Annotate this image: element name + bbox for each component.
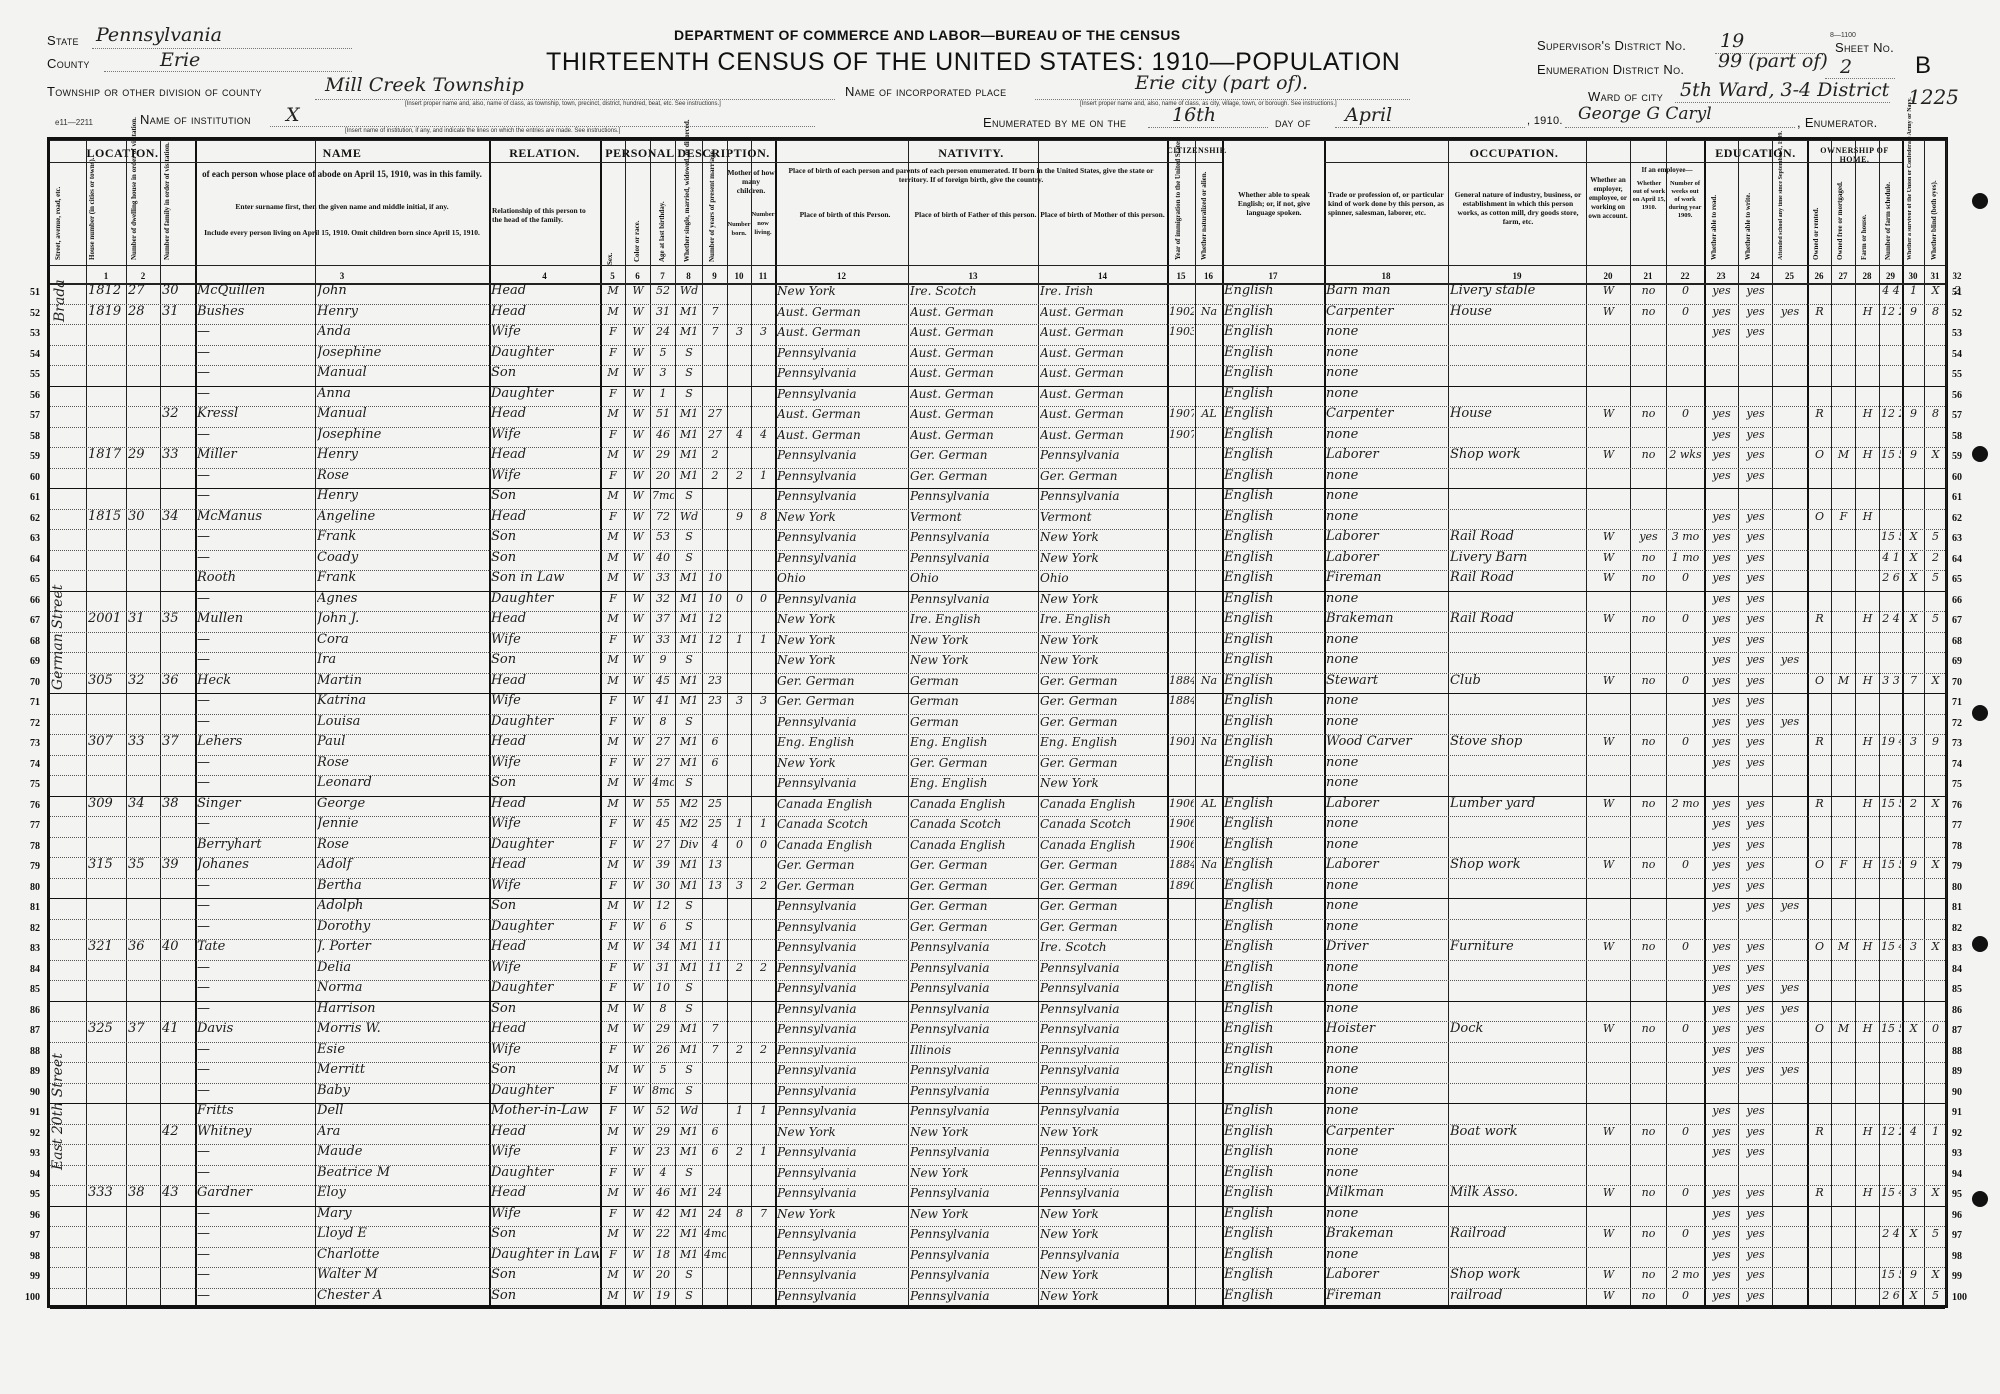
cell-relation: Wife	[491, 752, 599, 774]
cell-race: W	[627, 752, 649, 774]
cell-house: 305	[88, 670, 125, 692]
cell-years: 13	[704, 854, 726, 876]
cell-mother: Pennsylvania	[1040, 977, 1166, 999]
cell-read: yes	[1706, 1018, 1737, 1040]
cell-given: Coady	[317, 547, 488, 569]
cell-sex: F	[602, 588, 624, 610]
cell-mort: M	[1833, 1018, 1854, 1040]
cell-trade: Stewart	[1326, 670, 1447, 692]
cell-blind: X	[1926, 1264, 1945, 1286]
cell-father: Pennsylvania	[910, 1018, 1037, 1040]
cell-trade: none	[1326, 342, 1447, 364]
cell-trade: none	[1326, 998, 1447, 1020]
group-nativity: NATIVITY.	[775, 146, 1167, 161]
cell-read: yes	[1706, 1244, 1737, 1266]
cell-age: 20	[652, 465, 674, 487]
cell-birth: Aust. German	[777, 321, 907, 343]
cell-surname: Tate	[197, 936, 314, 958]
cell-write: yes	[1740, 1223, 1771, 1245]
group-occupation: OCCUPATION.	[1324, 146, 1704, 161]
cell-fh: H	[1857, 1121, 1878, 1143]
cell-father: New York	[910, 649, 1037, 671]
cell-weeks: 2 mo	[1668, 793, 1703, 815]
cell-read: yes	[1706, 854, 1737, 876]
cell-surname: Rooth	[197, 567, 314, 589]
cell-blind: 5	[1926, 1285, 1945, 1307]
cell-weeks: 0	[1668, 670, 1703, 692]
cell-age: 72	[652, 506, 674, 528]
cell-blind: X	[1926, 793, 1945, 815]
cell-read: yes	[1706, 424, 1737, 446]
cell-industry: Furniture	[1450, 936, 1585, 958]
cell-nat: AL	[1197, 403, 1221, 425]
cell-born: 2	[729, 957, 750, 979]
cell-sex: M	[602, 280, 624, 302]
cell-birth: Eng. English	[777, 731, 907, 753]
cell-relation: Mother-in-Law	[491, 1100, 599, 1122]
cell-age: 12	[652, 895, 674, 917]
cell-english: English	[1224, 813, 1323, 835]
cell-sex: M	[602, 1059, 624, 1081]
cell-read: yes	[1706, 1039, 1737, 1061]
header-name-desc: of each person whose place of abode on A…	[200, 168, 484, 180]
cell-race: W	[627, 957, 649, 979]
cell-birth: Ohio	[777, 567, 907, 589]
cell-blind: X	[1926, 670, 1945, 692]
cell-trade: Carpenter	[1326, 301, 1447, 323]
cell-surv: 9	[1904, 444, 1923, 466]
cell-english: English	[1224, 752, 1323, 774]
cell-trade: none	[1326, 752, 1447, 774]
cell-race: W	[627, 731, 649, 753]
cell-english: English	[1224, 916, 1323, 938]
cell-write: yes	[1740, 1039, 1771, 1061]
cell-race: W	[627, 465, 649, 487]
cell-dwelling: 35	[128, 854, 159, 876]
cell-write: yes	[1740, 1141, 1771, 1163]
cell-age: 20	[652, 1264, 674, 1286]
cell-mother: New York	[1040, 1121, 1166, 1143]
cell-owned: R	[1809, 793, 1830, 815]
cell-birth: Pennsylvania	[777, 936, 907, 958]
cell-immig: 1907	[1169, 424, 1194, 446]
line-number-right: 77	[1952, 820, 1962, 831]
cell-blind: 2	[1926, 547, 1945, 569]
cell-birth: Pennsylvania	[777, 1162, 907, 1184]
cell-given: Ara	[317, 1121, 488, 1143]
cell-marital: M1	[677, 608, 701, 630]
cell-blind: 9	[1926, 731, 1945, 753]
institution-label: Name of institution	[140, 112, 251, 127]
cell-marital: M1	[677, 690, 701, 712]
line-number-left: 76	[12, 800, 40, 811]
cell-father: Canada Scotch	[910, 813, 1037, 835]
line-number-right: 82	[1952, 923, 1962, 934]
cell-surname: —	[197, 342, 314, 364]
cell-write: yes	[1740, 1203, 1771, 1225]
line-number-right: 88	[1952, 1046, 1962, 1057]
cell-surname: —	[197, 690, 314, 712]
line-number-right: 60	[1952, 472, 1962, 483]
cell-surname: Miller	[197, 444, 314, 466]
cell-sex: M	[602, 608, 624, 630]
cell-surname: —	[197, 1059, 314, 1081]
cell-years: 4mo	[704, 1223, 726, 1245]
line-number-right: 84	[1952, 964, 1962, 975]
header-employer: Whether an employer, employee, or workin…	[1588, 176, 1628, 221]
cell-race: W	[627, 711, 649, 733]
cell-house: 321	[88, 936, 125, 958]
cell-emp: W	[1588, 731, 1629, 753]
cell-read: yes	[1706, 957, 1737, 979]
cell-father: Pennsylvania	[910, 998, 1037, 1020]
cell-weeks: 0	[1668, 567, 1703, 589]
cell-birth: Aust. German	[777, 403, 907, 425]
line-number-left: 69	[12, 656, 40, 667]
cell-birth: Canada English	[777, 793, 907, 815]
line-number-right: 78	[1952, 841, 1962, 852]
cell-trade: Barn man	[1326, 280, 1447, 302]
cell-father: Ger. German	[910, 875, 1037, 897]
line-number-left: 67	[12, 615, 40, 626]
cell-age: 46	[652, 1182, 674, 1204]
cell-relation: Son	[491, 772, 599, 794]
cell-nat: Na	[1197, 670, 1221, 692]
cell-surname: Gardner	[197, 1182, 314, 1204]
cell-sched: 15 4	[1881, 936, 1901, 958]
cell-race: W	[627, 1141, 649, 1163]
cell-given: Henry	[317, 301, 488, 323]
cell-sex: M	[602, 670, 624, 692]
cell-sex: M	[602, 649, 624, 671]
line-number-right: 54	[1952, 349, 1962, 360]
header-industry: General nature of industry, business, or…	[1452, 190, 1584, 226]
cell-trade: none	[1326, 813, 1447, 835]
cell-surname: —	[197, 649, 314, 671]
line-number-left: 60	[12, 472, 40, 483]
cell-dwelling: 31	[128, 608, 159, 630]
cell-read: yes	[1706, 1141, 1737, 1163]
cell-trade: Laborer	[1326, 1264, 1447, 1286]
cell-birth: New York	[777, 506, 907, 528]
cell-trade: none	[1326, 506, 1447, 528]
cell-birth: Pennsylvania	[777, 1285, 907, 1307]
cell-english: English	[1224, 1264, 1323, 1286]
cell-english: English	[1224, 485, 1323, 507]
cell-sex: M	[602, 936, 624, 958]
cell-nat: Na	[1197, 301, 1221, 323]
cell-out: no	[1632, 280, 1665, 302]
cell-trade: Laborer	[1326, 854, 1447, 876]
cell-father: Pennsylvania	[910, 1285, 1037, 1307]
cell-mother: Pennsylvania	[1040, 1141, 1166, 1163]
cell-surname: —	[197, 895, 314, 917]
line-number-left: 79	[12, 861, 40, 872]
cell-sex: F	[602, 957, 624, 979]
cell-write: yes	[1740, 608, 1771, 630]
cell-english: English	[1224, 547, 1323, 569]
punch-hole	[1972, 446, 1988, 462]
line-number-right: 68	[1952, 636, 1962, 647]
line-number-left: 68	[12, 636, 40, 647]
cell-father: New York	[910, 1162, 1037, 1184]
cell-relation: Daughter	[491, 834, 599, 856]
cell-marital: M1	[677, 588, 701, 610]
cell-surname: —	[197, 1141, 314, 1163]
line-number-left: 73	[12, 738, 40, 749]
cell-born: 4	[729, 424, 750, 446]
cell-marital: S	[677, 383, 701, 405]
header-if-employee: If an employee—	[1632, 166, 1702, 175]
cell-write: yes	[1740, 752, 1771, 774]
cell-emp: W	[1588, 547, 1629, 569]
cell-father: Pennsylvania	[910, 1141, 1037, 1163]
cell-fh: H	[1857, 936, 1878, 958]
line-number-left: 75	[12, 779, 40, 790]
header-number-born: Number born.	[727, 220, 751, 238]
line-number-right: 79	[1952, 861, 1962, 872]
cell-age: 27	[652, 731, 674, 753]
cell-surname: —	[197, 362, 314, 384]
line-number-right: 71	[1952, 697, 1962, 708]
cell-relation: Wife	[491, 957, 599, 979]
cell-fh: H	[1857, 1182, 1878, 1204]
row-divider	[50, 140, 1945, 141]
cell-write: yes	[1740, 690, 1771, 712]
line-number-right: 97	[1952, 1230, 1962, 1241]
cell-mother: Ger. German	[1040, 752, 1166, 774]
cell-marital: S	[677, 711, 701, 733]
column-number: 16	[1195, 271, 1222, 281]
cell-years: 24	[704, 1182, 726, 1204]
cell-mother: Pennsylvania	[1040, 1244, 1166, 1266]
cell-living: 0	[753, 834, 774, 856]
cell-sex: M	[602, 731, 624, 753]
cell-relation: Son	[491, 1285, 599, 1307]
cell-sex: F	[602, 752, 624, 774]
cell-family: 30	[162, 280, 194, 302]
cell-mother: Ohio	[1040, 567, 1166, 589]
cell-father: Pennsylvania	[910, 957, 1037, 979]
cell-sex: M	[602, 1121, 624, 1143]
cell-mother: Aust. German	[1040, 424, 1166, 446]
group-underline	[1807, 162, 1902, 163]
cell-sex: M	[602, 854, 624, 876]
cell-read: yes	[1706, 403, 1737, 425]
cell-surv: 9	[1904, 1264, 1923, 1286]
line-number-right: 75	[1952, 779, 1962, 790]
line-number-right: 53	[1952, 328, 1962, 339]
cell-blind: 5	[1926, 608, 1945, 630]
table-row: —Chester ASonMW19SPennsylvaniaPennsylvan…	[50, 1288, 1945, 1309]
cell-english: English	[1224, 301, 1323, 323]
cell-write: yes	[1740, 1244, 1771, 1266]
cell-english: English	[1224, 731, 1323, 753]
header-out-of-work: Whether out of work on April 15, 1910.	[1632, 180, 1666, 212]
cell-write: yes	[1740, 1059, 1771, 1081]
line-number-right: 91	[1952, 1107, 1962, 1118]
cell-given: Anda	[317, 321, 488, 343]
cell-birth: Ger. German	[777, 854, 907, 876]
cell-emp: W	[1588, 301, 1629, 323]
cell-birth: Pennsylvania	[777, 998, 907, 1020]
cell-industry: Shop work	[1450, 1264, 1585, 1286]
line-number-right: 56	[1952, 390, 1962, 401]
cell-surname: —	[197, 875, 314, 897]
cell-read: yes	[1706, 895, 1737, 917]
cell-years: 25	[704, 813, 726, 835]
cell-owned: R	[1809, 301, 1830, 323]
cell-born: 2	[729, 1039, 750, 1061]
cell-read: yes	[1706, 1100, 1737, 1122]
year-label: , 1910.	[1527, 115, 1563, 127]
day-of-label: day of	[1275, 115, 1311, 130]
cell-age: 23	[652, 1141, 674, 1163]
cell-living: 3	[753, 321, 774, 343]
cell-surname: Whitney	[197, 1121, 314, 1143]
cell-marital: M1	[677, 321, 701, 343]
cell-write: yes	[1740, 895, 1771, 917]
cell-house: 309	[88, 793, 125, 815]
header-survivor: Whether a survivor of the Union or Confe…	[1907, 146, 1914, 260]
cell-relation: Wife	[491, 875, 599, 897]
group-underline	[1324, 162, 1704, 163]
line-number-left: 51	[12, 287, 40, 298]
cell-marital: S	[677, 895, 701, 917]
cell-mother: New York	[1040, 1223, 1166, 1245]
cell-read: yes	[1706, 1059, 1737, 1081]
line-number-right: 81	[1952, 902, 1962, 913]
cell-father: Canada English	[910, 793, 1037, 815]
cell-age: 4	[652, 1162, 674, 1184]
cell-surv: X	[1904, 608, 1923, 630]
line-number-left: 81	[12, 902, 40, 913]
header-farm-schedule: Number of farm schedule.	[1884, 168, 1892, 260]
cell-marital: M1	[677, 1121, 701, 1143]
cell-age: 55	[652, 793, 674, 815]
line-number-right: 80	[1952, 882, 1962, 893]
line-number-right: 76	[1952, 800, 1962, 811]
cell-years: 4	[704, 834, 726, 856]
group-underline	[1167, 162, 1222, 163]
cell-surv: X	[1904, 1285, 1923, 1307]
punch-hole	[1972, 1191, 1988, 1207]
cell-birth: Pennsylvania	[777, 916, 907, 938]
cell-race: W	[627, 1264, 649, 1286]
cell-surname: —	[197, 1039, 314, 1061]
cell-write: yes	[1740, 547, 1771, 569]
cell-dwelling: 32	[128, 670, 159, 692]
cell-sex: M	[602, 444, 624, 466]
cell-years: 2	[704, 444, 726, 466]
cell-out: no	[1632, 567, 1665, 589]
cell-sex: F	[602, 916, 624, 938]
cell-surv: 9	[1904, 854, 1923, 876]
cell-race: W	[627, 403, 649, 425]
cell-marital: M1	[677, 629, 701, 651]
cell-owned: O	[1809, 506, 1830, 528]
cell-mother: Ger. German	[1040, 854, 1166, 876]
cell-trade: none	[1326, 1059, 1447, 1081]
cell-marital: S	[677, 526, 701, 548]
cell-surname: —	[197, 588, 314, 610]
cell-given: Baby	[317, 1080, 488, 1102]
cell-surname: Berryhart	[197, 834, 314, 856]
group-underline	[1704, 162, 1807, 163]
cell-industry: Livery Barn	[1450, 547, 1585, 569]
cell-relation: Son	[491, 1223, 599, 1245]
cell-years: 7	[704, 301, 726, 323]
cell-industry: railroad	[1450, 1285, 1585, 1307]
cell-father: German	[910, 670, 1037, 692]
cell-sex: F	[602, 834, 624, 856]
cell-years: 23	[704, 670, 726, 692]
cell-surname: Lehers	[197, 731, 314, 753]
cell-write: yes	[1740, 567, 1771, 589]
line-number-left: 58	[12, 431, 40, 442]
cell-years: 7	[704, 1018, 726, 1040]
cell-relation: Wife	[491, 1039, 599, 1061]
cell-given: Adolph	[317, 895, 488, 917]
cell-sched: 15 4	[1881, 1182, 1901, 1204]
cell-surname: Kressl	[197, 403, 314, 425]
cell-father: Pennsylvania	[910, 588, 1037, 610]
cell-surname: —	[197, 424, 314, 446]
cell-read: yes	[1706, 280, 1737, 302]
cell-english: English	[1224, 793, 1323, 815]
form-code: e11—2211	[55, 118, 93, 127]
line-number-left: 85	[12, 984, 40, 995]
cell-read: yes	[1706, 567, 1737, 589]
cell-relation: Son	[491, 895, 599, 917]
cell-emp: W	[1588, 280, 1629, 302]
cell-father: Pennsylvania	[910, 977, 1037, 999]
cell-race: W	[627, 1182, 649, 1204]
cell-emp: W	[1588, 670, 1629, 692]
cell-family: 31	[162, 301, 194, 323]
line-number-right: 99	[1952, 1271, 1962, 1282]
cell-mother: Canada English	[1040, 793, 1166, 815]
cell-read: yes	[1706, 998, 1737, 1020]
cell-blind: X	[1926, 1182, 1945, 1204]
cell-age: 37	[652, 608, 674, 630]
street-annotation: Brada	[52, 282, 68, 322]
cell-family: 33	[162, 444, 194, 466]
cell-read: yes	[1706, 813, 1737, 835]
cell-english: English	[1224, 1162, 1323, 1184]
cell-industry: Rail Road	[1450, 608, 1585, 630]
cell-relation: Son	[491, 547, 599, 569]
cell-birth: Aust. German	[777, 301, 907, 323]
header-birth-person: Place of birth of this Person.	[780, 210, 910, 219]
header-years-married: Number of years of present marriage.	[708, 170, 716, 262]
cell-age: 27	[652, 834, 674, 856]
cell-industry: Lumber yard	[1450, 793, 1585, 815]
cell-marital: M1	[677, 1203, 701, 1225]
cell-write: yes	[1740, 875, 1771, 897]
cell-weeks: 0	[1668, 1018, 1703, 1040]
header-number-living: Number now living.	[751, 210, 775, 237]
cell-surname: —	[197, 526, 314, 548]
cell-dwelling: 27	[128, 280, 159, 302]
cell-race: W	[627, 670, 649, 692]
cell-given: Rose	[317, 834, 488, 856]
cell-given: Norma	[317, 977, 488, 999]
cell-age: 51	[652, 403, 674, 425]
cell-given: J. Porter	[317, 936, 488, 958]
cell-family: 37	[162, 731, 194, 753]
cell-sex: M	[602, 1223, 624, 1245]
